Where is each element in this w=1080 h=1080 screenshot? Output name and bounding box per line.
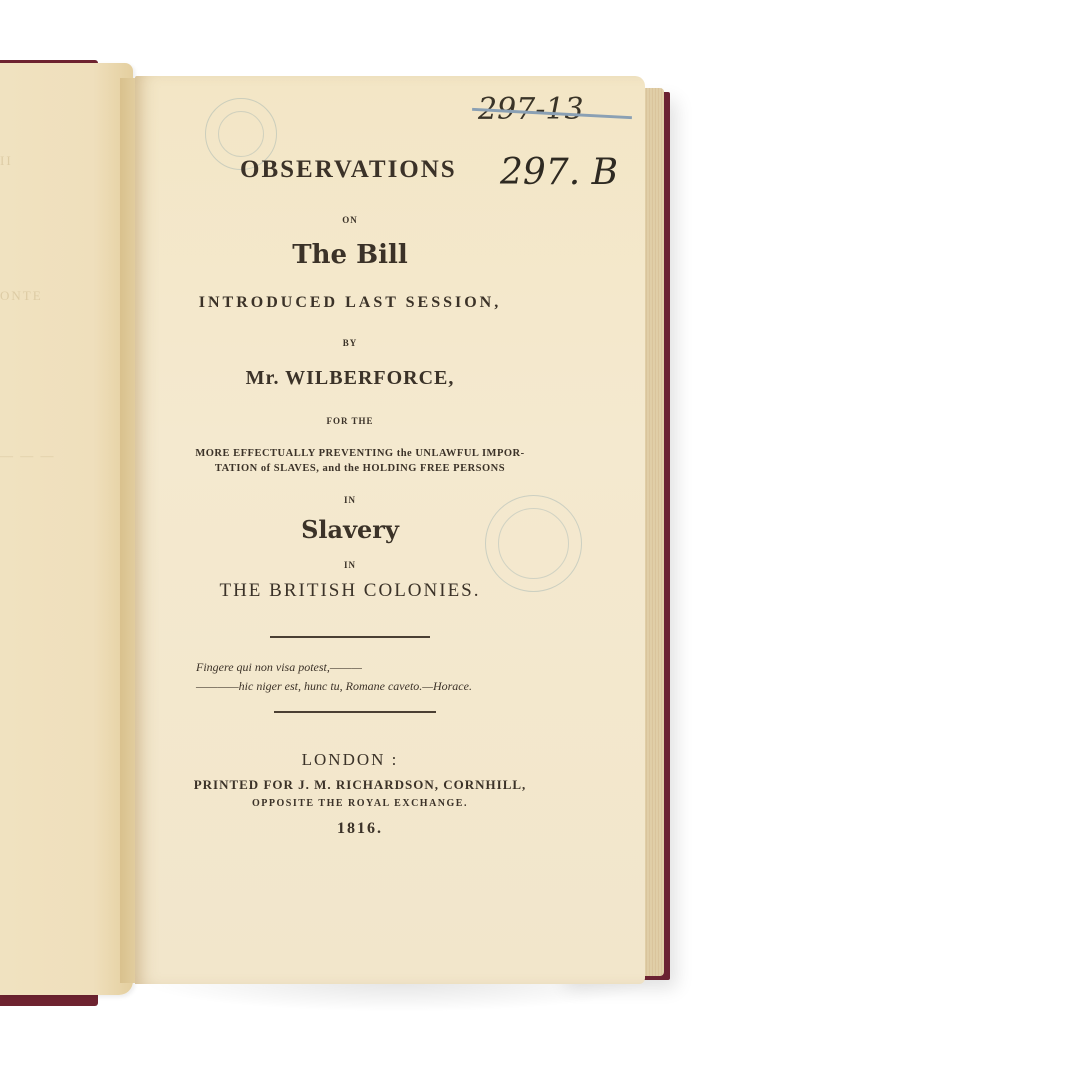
bleed-through-text: ONTE <box>0 288 43 304</box>
epigraph-line-1: Fingere qui non visa potest,——— <box>196 660 362 675</box>
in-line-1: IN <box>135 495 565 505</box>
divider-rule <box>270 636 430 638</box>
introduced-line: INTRODUCED LAST SESSION, <box>155 294 545 312</box>
the-bill: The Bill <box>135 240 565 270</box>
slavery: Slavery <box>135 515 565 544</box>
imprint-printer: PRINTED FOR J. M. RICHARDSON, CORNHILL, <box>140 777 580 792</box>
subtitle-on: ON <box>135 215 565 225</box>
author: Mr. WILBERFORCE, <box>135 367 565 390</box>
bleed-through-text: — — — <box>0 448 56 464</box>
imprint-address: OPPOSITE THE ROYAL EXCHANGE. <box>140 796 580 811</box>
left-page: II ONTE — — — <box>0 63 133 995</box>
in-line-2: IN <box>135 560 565 570</box>
british-colonies: THE BRITISH COLONIES. <box>135 580 565 602</box>
imprint-year: 1816. <box>140 820 580 838</box>
book-shadow <box>140 982 660 1012</box>
divider-rule <box>274 711 436 713</box>
imprint-place: LONDON : <box>135 750 565 770</box>
purpose-line-1: MORE EFFECTUALLY PREVENTING the UNLAWFUL… <box>150 446 570 461</box>
bleed-through-text: II <box>0 153 13 169</box>
purpose-line-2: TATION of SLAVES, and the HOLDING FREE P… <box>150 461 570 476</box>
title: OBSERVATIONS <box>125 156 585 184</box>
for-the: FOR THE <box>135 416 565 426</box>
epigraph-line-2: ————hic niger est, hunc tu, Romane cavet… <box>196 679 472 694</box>
by-line: BY <box>135 338 565 348</box>
